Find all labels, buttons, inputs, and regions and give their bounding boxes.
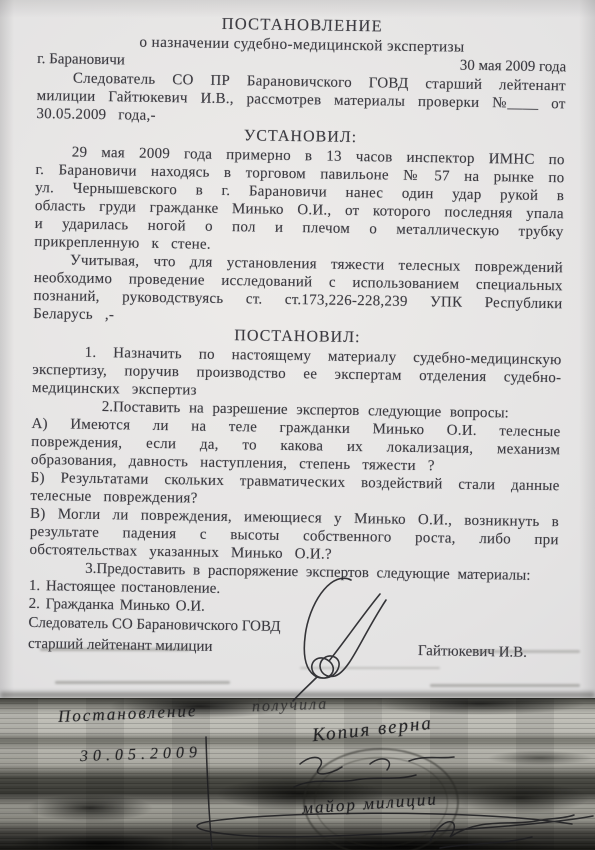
expert-question-a: А) Имеются ли на теле гражданки Минько О… xyxy=(31,415,561,477)
handwritten-received-note-2: получила xyxy=(252,696,329,717)
facts-paragraph: 29 мая 2009 года примерно в 13 часов инс… xyxy=(34,143,565,259)
grounds-paragraph: Учитывая, что для установления тяжести т… xyxy=(33,251,563,331)
typed-document-body: ПОСТАНОВЛЕНИЕ о назначении судебно-медиц… xyxy=(28,11,567,663)
toner-streak xyxy=(300,667,440,669)
expert-question-c: В) Могли ли повреждения, имеющиеся у Мин… xyxy=(29,505,559,567)
toner-streak xyxy=(40,648,190,651)
toner-streak xyxy=(55,681,230,684)
city-label: г. Барановичи xyxy=(37,50,125,70)
resolution-point-1: 1. Назначить по настоящему материалу суд… xyxy=(32,343,562,405)
toner-streak xyxy=(430,684,580,687)
date-label: 30 мая 2009 года xyxy=(460,57,567,78)
document-photo: ПОСТАНОВЛЕНИЕ о назначении судебно-медиц… xyxy=(0,0,595,850)
intro-paragraph: Следователь СО ПР Барановичского ГОВД ст… xyxy=(36,69,566,131)
toner-streak xyxy=(472,650,580,653)
signature-block: Следователь СО Барановичского ГОВД старш… xyxy=(28,613,558,663)
